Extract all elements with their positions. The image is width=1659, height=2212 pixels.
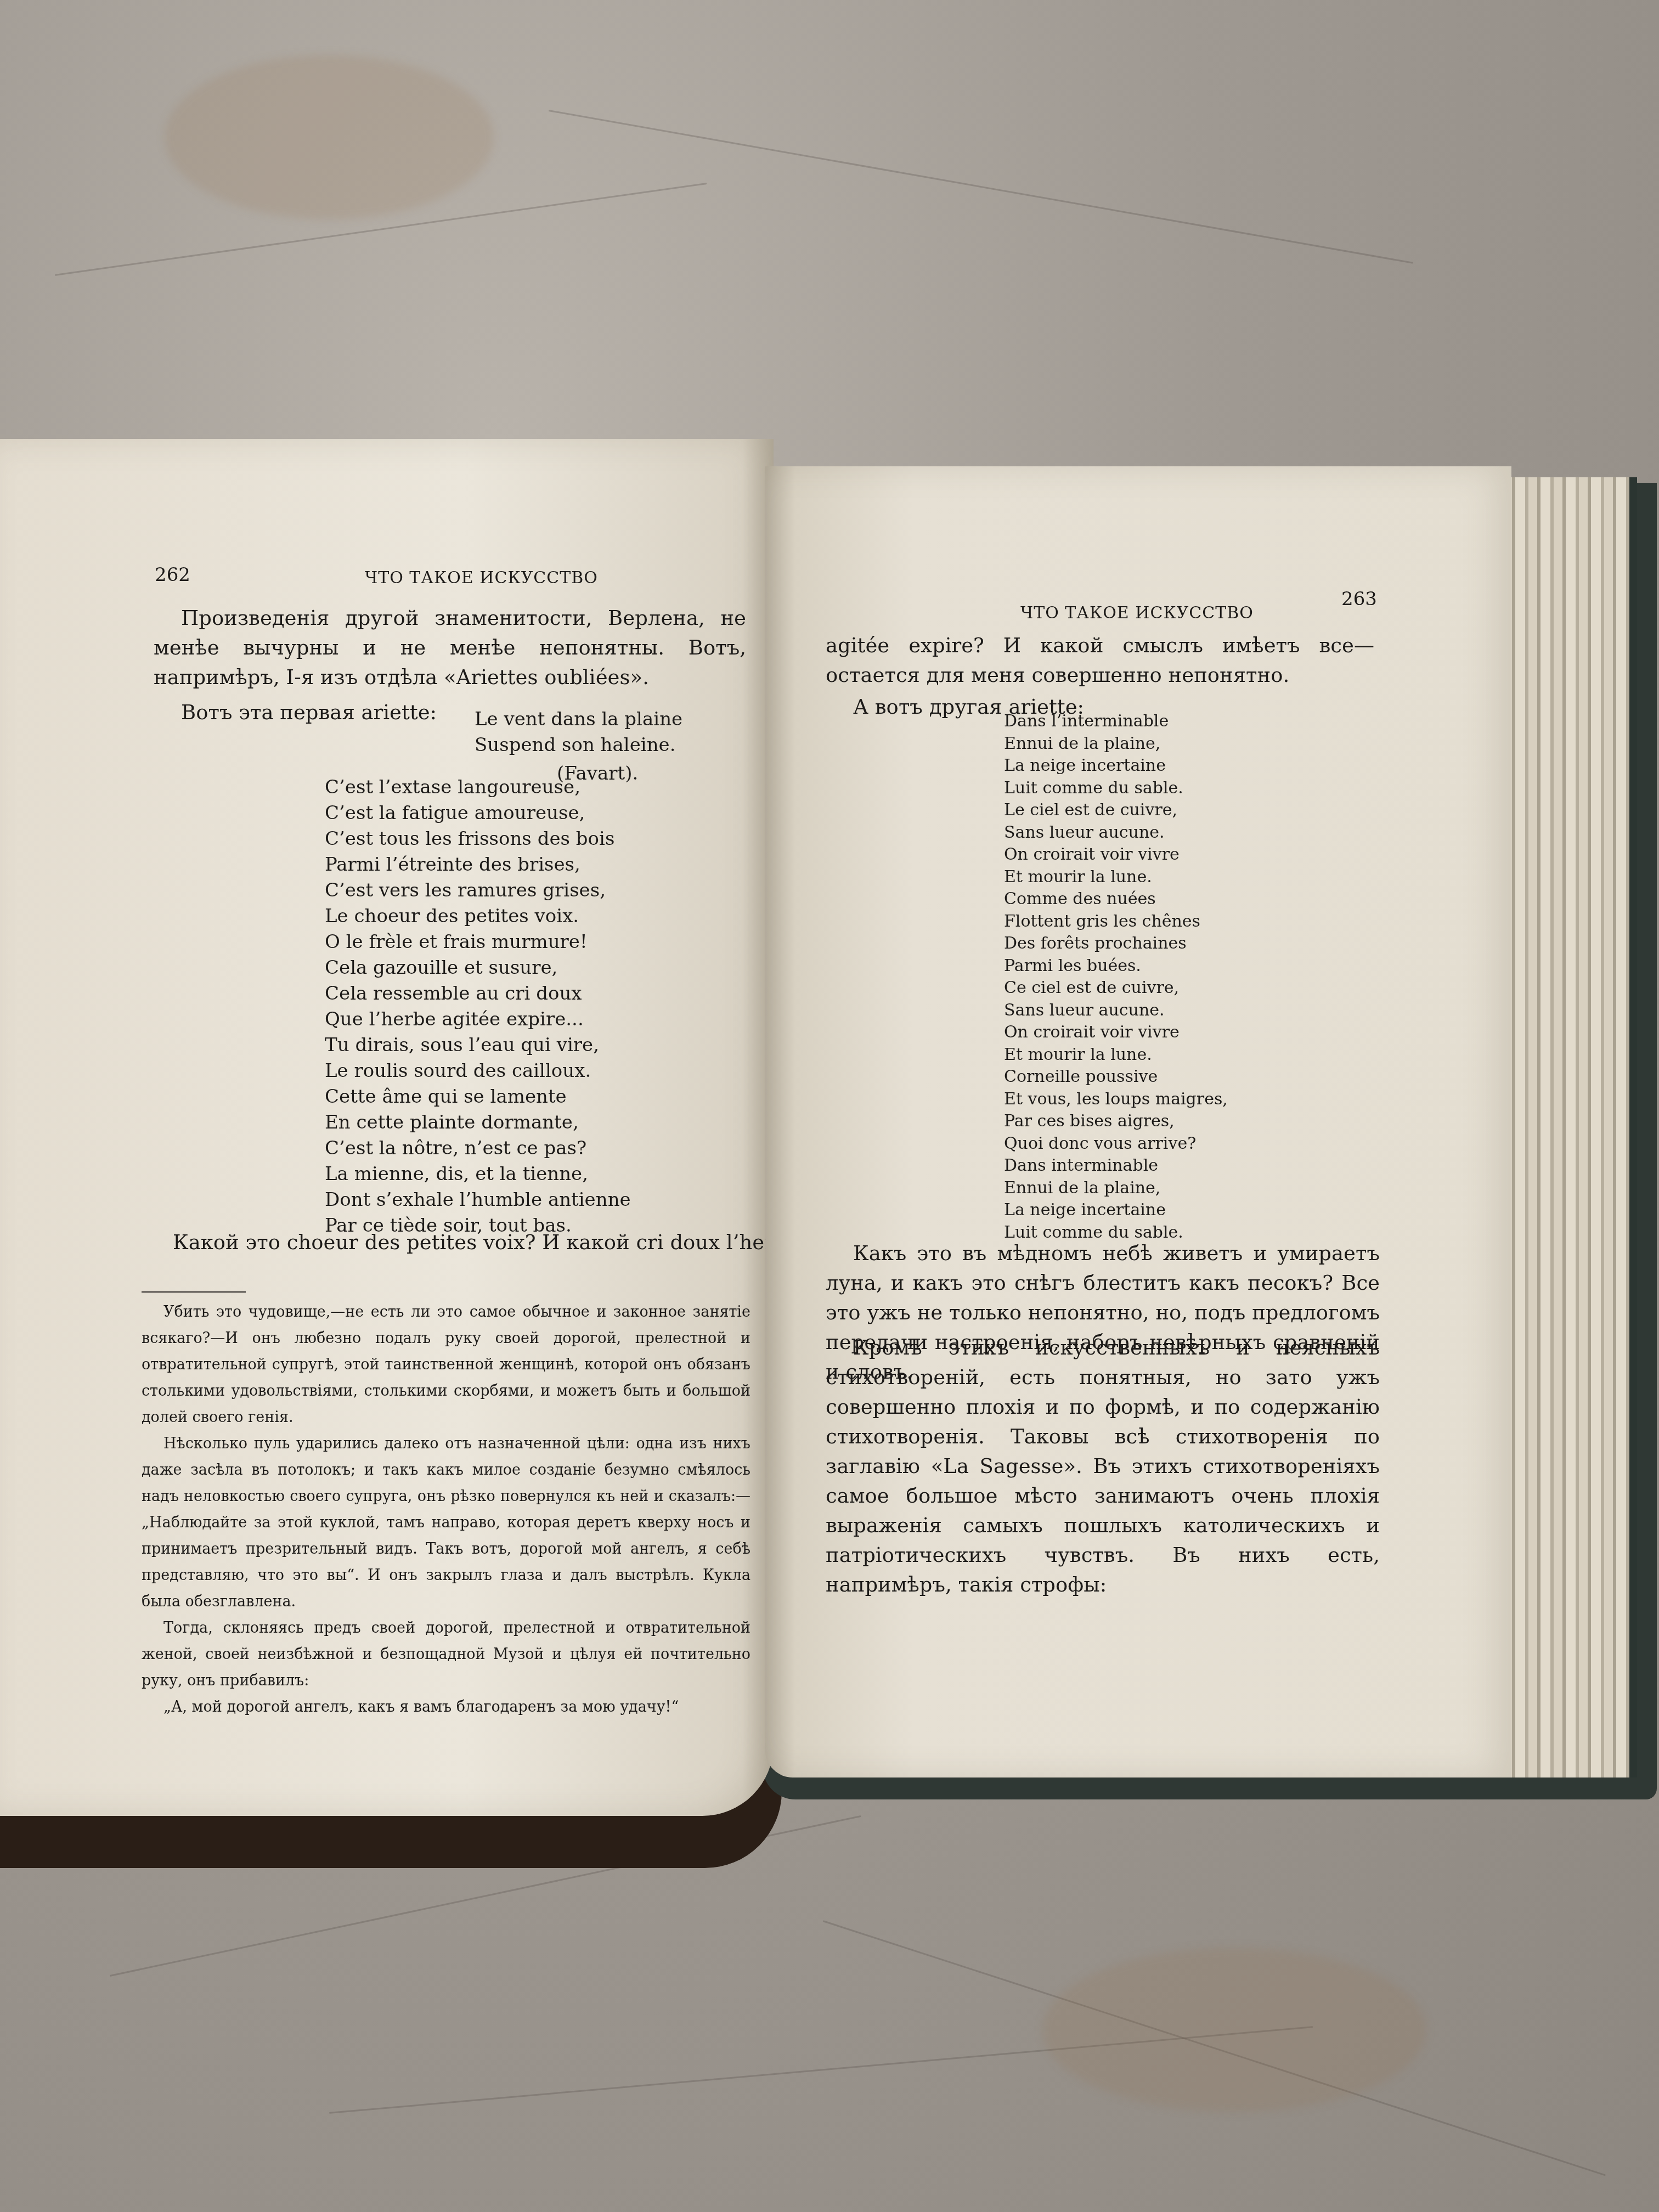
poem-line: Cela gazouille et susure, xyxy=(325,955,631,981)
after-poem-line: Какой это choeur des petites voix? И как… xyxy=(145,1228,749,1257)
poem-line: Ce ciel est de cuivre, xyxy=(1004,977,1228,1000)
running-head-left: ЧТО ТАКОЕ ИСКУССТВО xyxy=(365,568,598,588)
poem-line: C’est vers les ramures grises, xyxy=(325,878,631,904)
poem-line: Sans lueur aucune. xyxy=(1004,1000,1228,1022)
poem-line: Sans lueur aucune. xyxy=(1004,822,1228,844)
poem-line: Des forêts prochaines xyxy=(1004,933,1228,955)
poem-line: C’est l’extase langoureuse, xyxy=(325,775,631,800)
continuation-paragraph: agitée expire? И какой смыслъ имѣетъ все… xyxy=(826,631,1374,690)
footnote-paragraph: Тогда, склоняясь предъ своей дорогой, пр… xyxy=(142,1615,751,1694)
poem-line: Quoi donc vous arrive? xyxy=(1004,1133,1228,1155)
poem-line: Dans l’interminable xyxy=(1004,710,1228,733)
poem-line: Cette âme qui se lamente xyxy=(325,1084,631,1110)
marble-stain xyxy=(165,55,494,219)
footnote-paragraph: Убить это чудовище,—не есть ли это самое… xyxy=(142,1299,751,1431)
sagesse-paragraph: Кромѣ этихъ искусственныхъ и неясныхъ ст… xyxy=(826,1333,1380,1600)
poem-line: Luit comme du sable. xyxy=(1004,777,1228,800)
poem-line: Dans interminable xyxy=(1004,1155,1228,1177)
poem-line: La mienne, dis, et la tienne, xyxy=(325,1161,631,1187)
poem-line: Parmi l’étreinte des brises, xyxy=(325,852,631,878)
poem-line: Tu dirais, sous l’eau qui vire, xyxy=(325,1032,631,1058)
marble-stain xyxy=(1042,1948,1426,2112)
poem-second-ariette: Dans l’interminable Ennui de la plaine, … xyxy=(1004,710,1228,1244)
poem-line: C’est la nôtre, n’est ce pas? xyxy=(325,1136,631,1161)
footnote-paragraph: „А, мой дорогой ангелъ, какъ я вамъ благ… xyxy=(142,1694,751,1720)
epigraph-line: Le vent dans la plaine xyxy=(475,707,682,732)
footnote-paragraph: Нѣсколько пуль ударились далеко отъ назн… xyxy=(142,1431,751,1615)
left-page: 262 ЧТО ТАКОЕ ИСКУССТВО Произведенія дру… xyxy=(0,439,774,1816)
poem-line: Comme des nuées xyxy=(1004,888,1228,911)
poem-line: Parmi les buées. xyxy=(1004,955,1228,978)
page-number-left: 262 xyxy=(155,564,190,586)
poem-line: Cela ressemble au cri doux xyxy=(325,981,631,1007)
poem-line: Le ciel est de cuivre, xyxy=(1004,799,1228,822)
poem-line: Flottent gris les chênes xyxy=(1004,911,1228,933)
right-page: ЧТО ТАКОЕ ИСКУССТВО 263 agitée expire? И… xyxy=(765,466,1511,1778)
poem-line: On croirait voir vivre xyxy=(1004,1022,1228,1044)
poem-line: Le roulis sourd des cailloux. xyxy=(325,1058,631,1084)
intro-paragraph: Произведенія другой знаменитости, Верлен… xyxy=(154,603,746,692)
running-head-right: ЧТО ТАКОЕ ИСКУССТВО xyxy=(1020,603,1254,623)
poem-line: O le frèle et frais murmure! xyxy=(325,929,631,955)
poem-line: Le choeur des petites voix. xyxy=(325,904,631,929)
poem-first-ariette: C’est l’extase langoureuse, C’est la fat… xyxy=(325,775,631,1239)
poem-line: La neige incertaine xyxy=(1004,1199,1228,1222)
poem-line: C’est la fatigue amoureuse, xyxy=(325,800,631,826)
page-edges xyxy=(1503,477,1637,1778)
poem-line: Dont s’exhale l’humble antienne xyxy=(325,1187,631,1213)
footnote: Убить это чудовище,—не есть ли это самое… xyxy=(142,1299,751,1720)
poem-line: On croirait voir vivre xyxy=(1004,844,1228,866)
footnote-rule xyxy=(142,1291,246,1293)
poem-line: Ennui de la plaine, xyxy=(1004,733,1228,755)
poem-line: Par ces bises aigres, xyxy=(1004,1110,1228,1133)
poem-line: C’est tous les frissons des bois xyxy=(325,826,631,852)
epigraph: Le vent dans la plaine Suspend son halei… xyxy=(475,707,682,758)
poem-line: Et vous, les loups maigres, xyxy=(1004,1088,1228,1111)
poem-line: Et mourir la lune. xyxy=(1004,866,1228,889)
poem-line: Corneille poussive xyxy=(1004,1066,1228,1088)
poem-line: La neige incertaine xyxy=(1004,755,1228,777)
poem-line: Ennui de la plaine, xyxy=(1004,1177,1228,1200)
poem-line: Que l’herbe agitée expire... xyxy=(325,1007,631,1032)
poem-line: Et mourir la lune. xyxy=(1004,1044,1228,1066)
epigraph-line: Suspend son haleine. xyxy=(475,732,682,758)
page-number-right: 263 xyxy=(1341,588,1377,610)
poem-line: En cette plainte dormante, xyxy=(325,1110,631,1136)
